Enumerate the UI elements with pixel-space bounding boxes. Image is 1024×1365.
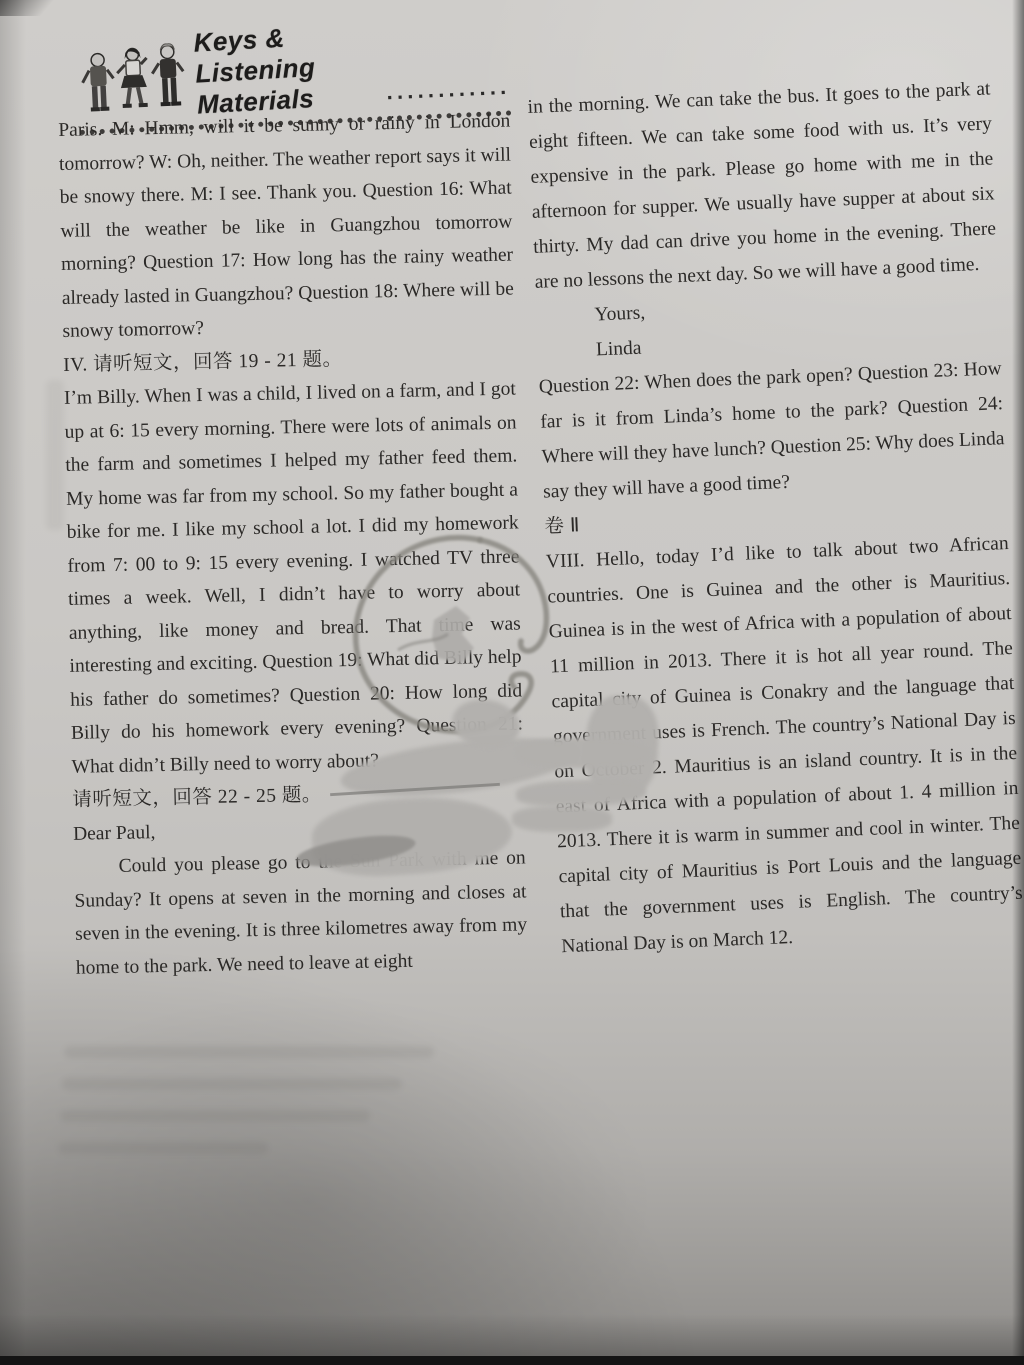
paragraph-weather-dialogue: Paris. M: Hmm, will it be sunny or rainy…	[58, 105, 515, 349]
bleedthrough-line	[58, 1142, 268, 1154]
smudge-over-island	[512, 806, 612, 832]
bleedthrough-margin	[46, 380, 64, 530]
left-edge-shadow	[0, 0, 26, 1365]
right-edge-shadow	[1012, 0, 1024, 1365]
smudge-over-language	[515, 738, 650, 768]
eraser-smudge-center	[432, 606, 474, 664]
bleedthrough-line	[60, 1110, 370, 1122]
right-column: in the morning. We can take the bus. It …	[527, 71, 1024, 964]
top-left-corner-shadow	[0, 0, 70, 16]
bottom-page-edge	[0, 1356, 1024, 1365]
bottom-shadow	[0, 1314, 1024, 1356]
bleedthrough-line	[64, 1046, 434, 1058]
paragraph-questions-22-25: Question 22: When does the park open? Qu…	[538, 351, 1006, 509]
textbook-page-photo: Keys & Listening Materials············ P…	[0, 0, 1024, 1365]
paragraph-letter-continued: in the morning. We can take the bus. It …	[527, 71, 998, 299]
page-title: Keys & Listening Materials	[193, 17, 385, 120]
bleedthrough-line	[62, 1078, 402, 1090]
